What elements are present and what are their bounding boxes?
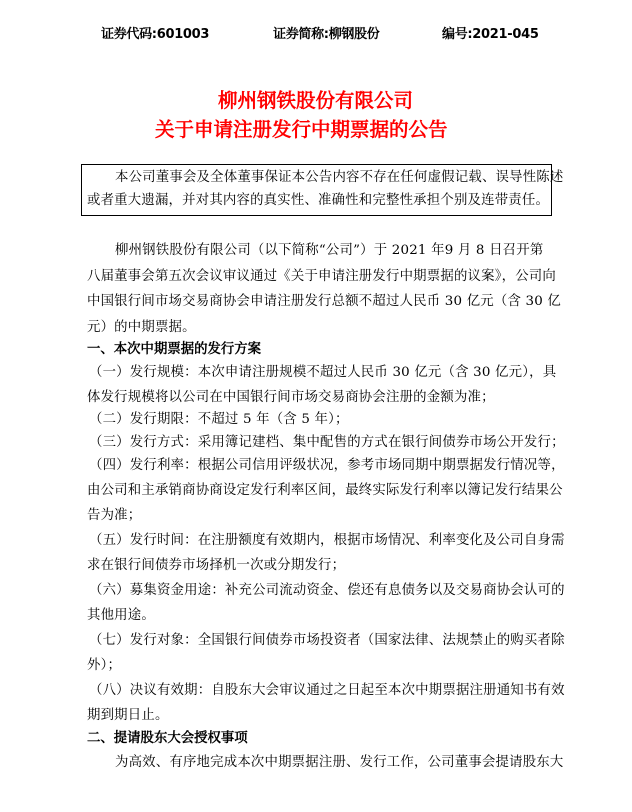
plan-item-cont: 体发行规模将以公司在中国银行间市场交易商协会注册的金额为准； (87, 389, 495, 407)
company-title: 柳州钢铁股份有限公司 (218, 89, 413, 113)
plan-item: （八）决议有效期：自股东大会审议通过之日起至本次中期票据注册通知书有效 (89, 682, 565, 700)
plan-item-cont: 告为准； (87, 507, 141, 525)
plan-item-cont: 期到期日止。 (87, 707, 169, 725)
plan-item: （七）发行对象：全国银行间债券市场投资者（国家法律、法规禁止的购买者除 (89, 632, 565, 650)
disclaimer-line: 本公司董事会及全体董事保证本公告内容不存在任何虚假记载、误导性陈述 (115, 169, 564, 187)
plan-item: （三）发行方式：采用簿记建档、集中配售的方式在银行间债券市场公开发行； (89, 434, 565, 452)
section-heading: 二、提请股东大会授权事项 (87, 730, 248, 748)
announcement-title: 关于申请注册发行中期票据的公告 (155, 118, 448, 142)
intro-line: 中国银行间市场交易商协会申请注册发行总额不超过人民币 30 亿元（含 30 亿 (87, 293, 561, 311)
plan-item-cont: 其他用途。 (87, 607, 155, 625)
stock-code: 证券代码:601003 (101, 27, 209, 43)
stock-name: 证券简称:柳钢股份 (273, 27, 380, 43)
authorization-line: 为高效、有序地完成本次中期票据注册、发行工作，公司董事会提请股东大 (115, 754, 564, 772)
section-heading: 一、本次中期票据的发行方案 (87, 341, 261, 359)
intro-line: 元）的中期票据。 (87, 319, 196, 337)
disclaimer-line: 或者重大遗漏，并对其内容的真实性、准确性和完整性承担个别及连带责任。 (87, 192, 549, 210)
plan-item: （五）发行时间：在注册额度有效期内，根据市场情况、利率变化及公司自身需 (89, 532, 565, 550)
serial-number: 编号:2021-045 (442, 27, 539, 43)
plan-item-cont: 外）； (87, 657, 121, 675)
plan-item-cont: 由公司和主承销商协商设定发行利率区间，最终实际发行利率以簿记发行结果公 (87, 482, 563, 500)
plan-item: （一）发行规模：本次申请注册规模不超过人民币 30 亿元（含 30 亿元），具 (89, 364, 556, 382)
intro-line: 柳州钢铁股份有限公司（以下简称“公司”）于 2021 年9 月 8 日召开第 (115, 242, 543, 260)
plan-item: （四）发行利率：根据公司信用评级状况，参考市场同期中期票据发行情况等， (89, 457, 565, 475)
plan-item: （六）募集资金用途：补充公司流动资金、偿还有息债务以及交易商协会认可的 (89, 582, 565, 600)
intro-line: 八届董事会第五次会议审议通过《关于申请注册发行中期票据的议案》，公司向 (87, 268, 556, 286)
plan-item: （二）发行期限：不超过 5 年（含 5 年）； (89, 411, 349, 429)
plan-item-cont: 求在银行间债券市场择机一次或分期发行； (87, 557, 345, 575)
